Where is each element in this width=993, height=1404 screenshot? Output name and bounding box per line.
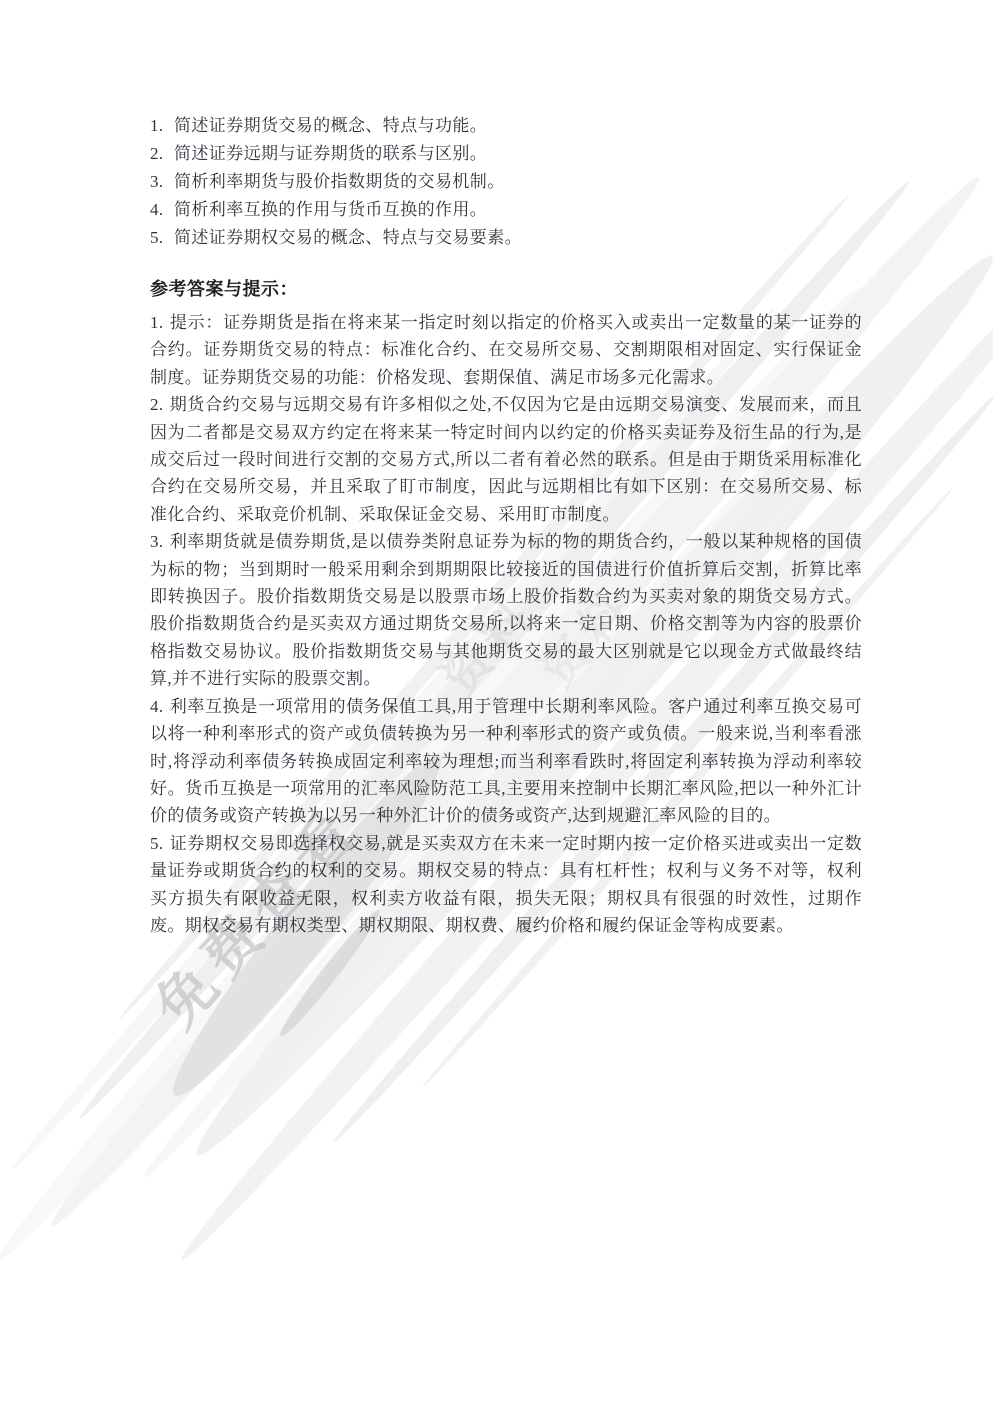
question-item: 4. 简析利率互换的作用与货币互换的作用。 [150,196,862,224]
question-text: 简析利率期货与股价指数期货的交易机制。 [174,168,505,196]
question-item: 1. 简述证券期货交易的概念、特点与功能。 [150,112,862,140]
answer-paragraph: 4.利率互换是一项常用的债务保值工具,用于管理中长期利率风险。客户通过利率互换交… [150,693,862,830]
question-list: 1. 简述证券期货交易的概念、特点与功能。 2. 简述证券远期与证券期货的联系与… [150,112,862,252]
question-number: 2. [150,140,174,168]
answers-heading: 参考答案与提示： [150,278,862,300]
answer-number: 2. [150,395,164,414]
answer-text: 利率期货就是债券期货,是以债券类附息证券为标的物的期货合约，一般以某种规格的国债… [150,532,862,688]
answer-text: 期货合约交易与远期交易有许多相似之处,不仅因为它是由远期交易演变、发展而来，而且… [150,395,862,524]
question-number: 3. [150,168,174,196]
question-number: 5. [150,224,174,252]
question-text: 简述证券远期与证券期货的联系与区别。 [174,140,487,168]
answer-paragraph: 5.证券期权交易即选择权交易,就是买卖双方在未来一定时期内按一定价格买进或卖出一… [150,830,862,940]
answer-number: 4. [150,697,164,716]
question-item: 3. 简析利率期货与股价指数期货的交易机制。 [150,168,862,196]
answer-paragraph: 1.提示：证券期货是指在将来某一指定时刻以指定的价格买入或卖出一定数量的某一证券… [150,309,862,391]
question-number: 1. [150,112,174,140]
question-text: 简析利率互换的作用与货币互换的作用。 [174,196,487,224]
document-content: 1. 简述证券期货交易的概念、特点与功能。 2. 简述证券远期与证券期货的联系与… [150,112,862,939]
answer-paragraph: 2.期货合约交易与远期交易有许多相似之处,不仅因为它是由远期交易演变、发展而来，… [150,391,862,528]
question-text: 简述证券期货交易的概念、特点与功能。 [174,112,487,140]
answer-text: 利率互换是一项常用的债务保值工具,用于管理中长期利率风险。客户通过利率互换交易可… [150,697,862,826]
question-item: 2. 简述证券远期与证券期货的联系与区别。 [150,140,862,168]
answer-number: 5. [150,834,164,853]
question-item: 5. 简述证券期权交易的概念、特点与交易要素。 [150,224,862,252]
question-text: 简述证券期权交易的概念、特点与交易要素。 [174,224,522,252]
answer-text: 证券期权交易即选择权交易,就是买卖双方在未来一定时期内按一定价格买进或卖出一定数… [150,834,862,935]
answer-text: 提示：证券期货是指在将来某一指定时刻以指定的价格买入或卖出一定数量的某一证券的合… [150,313,862,387]
answers-section: 参考答案与提示： 1.提示：证券期货是指在将来某一指定时刻以指定的价格买入或卖出… [150,278,862,939]
answer-number: 1. [150,313,164,332]
answer-number: 3. [150,532,164,551]
document-page: 免费查看 资料 资料 1. 简述证券期货交易的概念、特点与功能。 2. 简述证券… [0,0,993,1404]
answer-paragraph: 3.利率期货就是债券期货,是以债券类附息证券为标的物的期货合约，一般以某种规格的… [150,528,862,692]
question-number: 4. [150,196,174,224]
